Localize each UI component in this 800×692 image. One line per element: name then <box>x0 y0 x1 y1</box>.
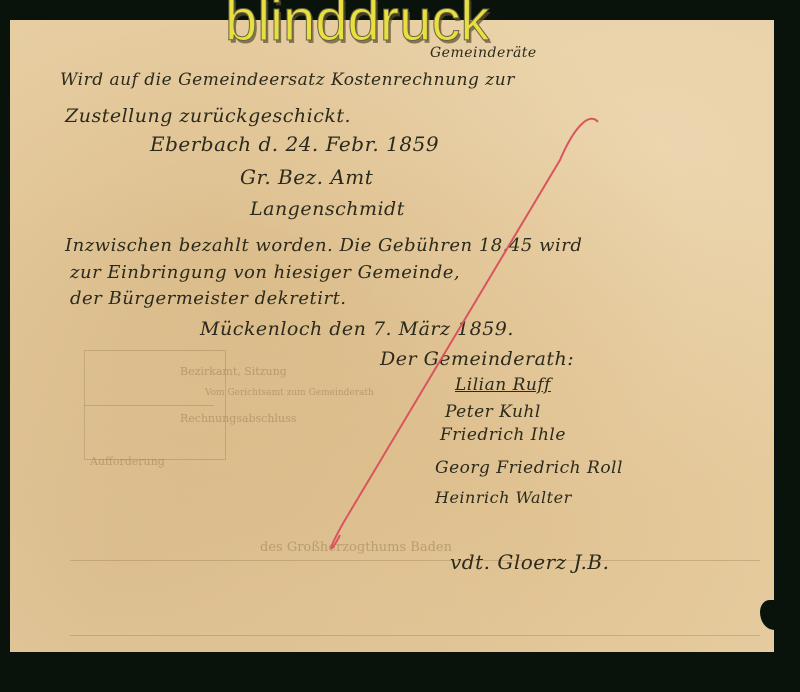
red-pencil-mark <box>0 0 800 692</box>
watermark-text: blinddruck <box>225 0 489 50</box>
